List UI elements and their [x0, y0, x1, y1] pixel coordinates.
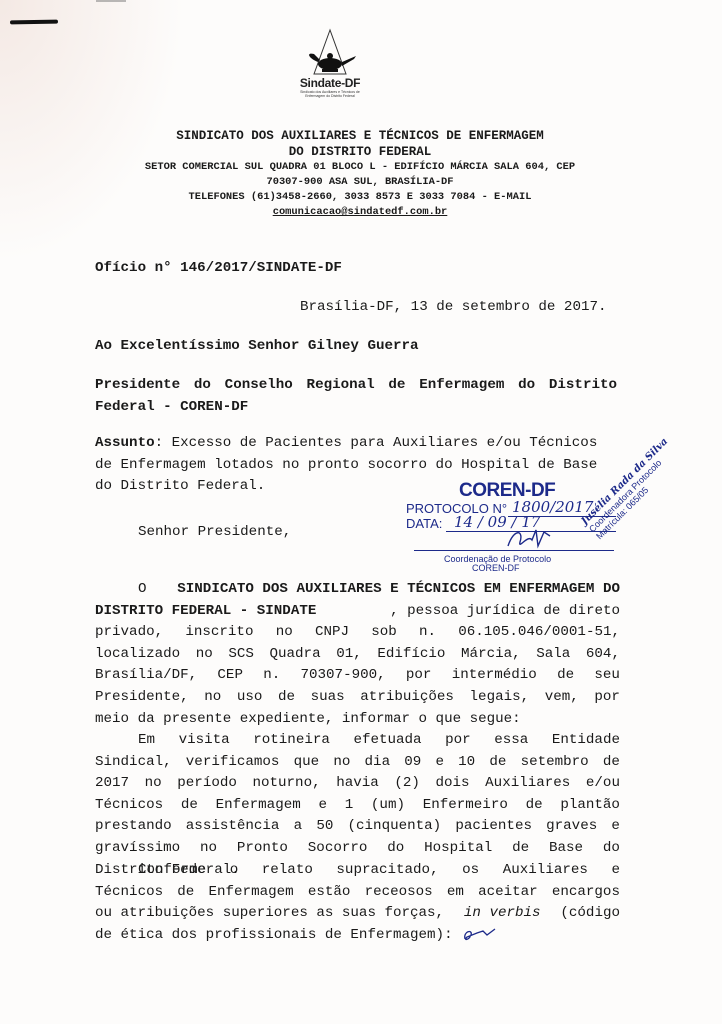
phones-line: TELEFONES (61)3458-2660, 3033 8573 E 303… [90, 190, 630, 205]
letterhead: SINDICATO DOS AUXILIARES E TÉCNICOS DE E… [90, 128, 630, 220]
org-title-line2: DO DISTRITO FEDERAL [90, 144, 630, 160]
paragraph-line: OSINDICATO DOS AUXILIARES E TÉCNICOS EM … [95, 579, 620, 601]
paragraph-line: Presidente,nousodesuasatribuiçõeslegais,… [95, 687, 620, 709]
greeting: Senhor Presidente, [138, 522, 291, 544]
stamp-underline [414, 550, 614, 551]
handwritten-initials-icon [461, 925, 501, 943]
paragraph-line: Conformeorelatosupracitado,osAuxiliarese [95, 860, 620, 882]
paragraph-line: prestandoassistênciaa50(cinquenta)pacien… [95, 816, 620, 838]
addressee-title: Presidente do Conselho Regional de Enfer… [95, 375, 617, 418]
logo-name: Sindate-DF [296, 76, 364, 90]
paragraph-line: TécnicosdeEnfermagemestãoreceososemaceit… [95, 882, 620, 904]
address-line1: SETOR COMERCIAL SUL QUADRA 01 BLOCO L - … [90, 160, 630, 175]
faint-mark [96, 0, 126, 2]
pen-mark [10, 20, 58, 25]
document-page: Sindate-DF Sindicato dos Auxiliares e Té… [0, 0, 722, 1024]
org-title-line1: SINDICATO DOS AUXILIARES E TÉCNICOS DE E… [90, 128, 630, 144]
letter-reference: Ofício n° 146/2017/SINDATE-DF [95, 258, 342, 280]
oil-lamp-icon [300, 28, 360, 80]
paragraph-line: de ética dos profissionais de Enfermagem… [95, 925, 620, 947]
paragraph-line: gravíssimonoProntoSocorrodoHospitaldeBas… [95, 838, 620, 860]
stamp-date-label: DATA: [406, 516, 442, 531]
paragraph-line: meio da presente expediente, informar o … [95, 709, 620, 731]
place-date: Brasília-DF, 13 de setembro de 2017. [300, 297, 607, 319]
subject-label: Assunto [95, 435, 155, 451]
paragraph-line: TécnicosdeEnfermageme1(um)Enfermeirodepl… [95, 795, 620, 817]
paragraph-line: Sindical,verificamosquenodia09e10desetem… [95, 752, 620, 774]
paragraph-line: DISTRITO FEDERAL - SINDATE, pessoa juríd… [95, 601, 620, 623]
paragraph-line: Brasília/DF,CEPn.70307-900,porintermédio… [95, 665, 620, 687]
stamp-dept-org: COREN-DF [472, 563, 520, 573]
paragraph-line: localizadonoSCSQuadra01,EdifícioMárcia,S… [95, 644, 620, 666]
paragraph-line: ou atribuições superiores as suas forças… [95, 903, 620, 925]
address-line2: 70307-900 ASA SUL, BRASÍLIA-DF [90, 175, 630, 190]
sindate-logo: Sindate-DF Sindicato dos Auxiliares e Té… [296, 28, 364, 104]
email-link[interactable]: comunicacao@sindatedf.com.br [90, 205, 630, 220]
logo-subtitle: Sindicato dos Auxiliares e Técnicos de E… [296, 90, 364, 98]
paragraph-line: privado,inscritonoCNPJsobn.06.105.046/00… [95, 622, 620, 644]
paragraph-3: Conformeorelatosupracitado,osAuxiliarese… [95, 860, 620, 946]
addressee: Ao Excelentíssimo Senhor Gilney Guerra [95, 336, 419, 358]
paragraph-2: EmvisitarotineiraefetuadaporessaEntidade… [95, 730, 620, 881]
paragraph-line: 2017noperíodonoturno,havia(2)doisAuxilia… [95, 773, 620, 795]
paragraph-1: OSINDICATO DOS AUXILIARES E TÉCNICOS EM … [95, 579, 620, 730]
paragraph-line: EmvisitarotineiraefetuadaporessaEntidade [95, 730, 620, 752]
